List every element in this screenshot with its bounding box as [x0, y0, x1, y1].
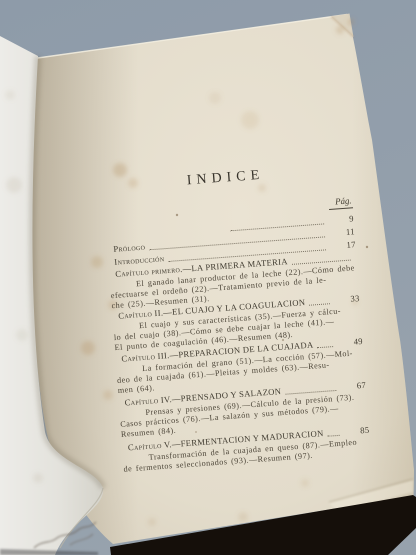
- toc-entry-page-number: 85: [343, 425, 370, 438]
- page-column-header: Pág.: [328, 195, 353, 207]
- toc-entry-page-number: 67: [340, 380, 367, 393]
- toc-entry-page-number: 49: [336, 336, 363, 349]
- index-text-block: INDICE Pág. 9 Prólogo 11 Introducción 17…: [96, 157, 372, 487]
- leader-dots: [328, 434, 340, 436]
- toc-entry-page-number: 33: [333, 293, 360, 306]
- toc-entry-page-number: 9: [327, 213, 354, 226]
- toc-entry-label: Prólogo: [113, 242, 146, 255]
- book-photo: INDICE Pág. 9 Prólogo 11 Introducción 17…: [0, 0, 416, 555]
- leader-dots: [318, 346, 334, 348]
- toc-entry-page-number: 17: [329, 239, 356, 252]
- page-column-header-label: Pág.: [328, 195, 353, 210]
- toc-entry-page-number: 11: [328, 226, 355, 239]
- leader-dots: [309, 303, 330, 306]
